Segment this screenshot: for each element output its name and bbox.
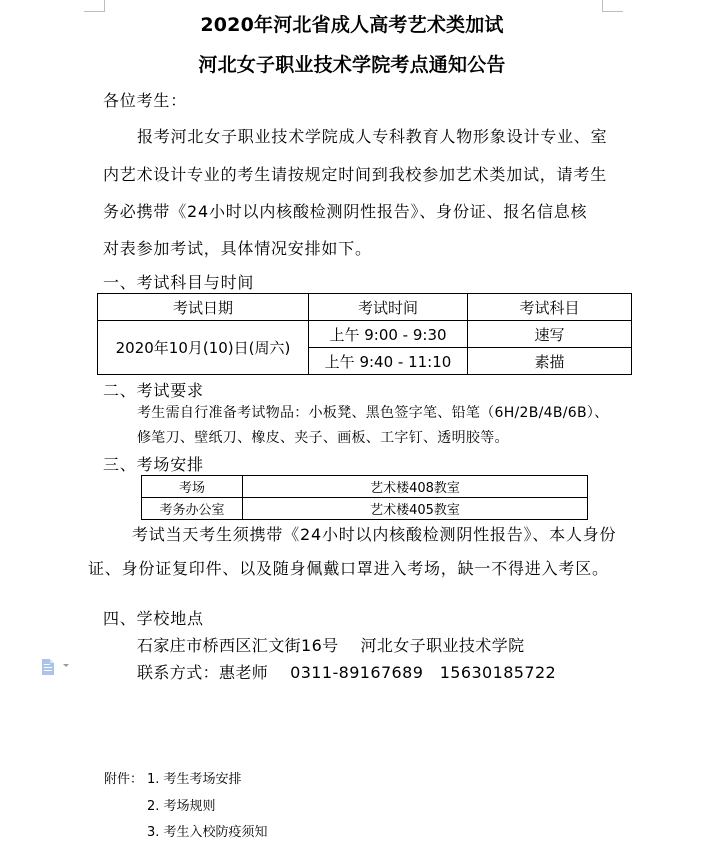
venue-label-cell: 考场 [142, 476, 243, 498]
requirements-line: 修笔刀、壁纸刀、橡皮、夹子、画板、工字钉、透明胶等。 [137, 427, 509, 447]
exam-date-cell: 2020年10月(10)日(周六) [98, 321, 309, 375]
notice-line: 证、身份证复印件、以及随身佩戴口罩进入考场，缺一不得进入考区。 [88, 556, 609, 579]
section-heading-school-location: 四、学校地点 [103, 606, 204, 629]
venue-value-cell: 艺术楼408教室 [243, 476, 588, 498]
exam-time-cell: 上午 9:40 - 11:10 [309, 348, 468, 375]
intro-line: 务必携带《24小时以内核酸检测阴性报告》、身份证、报名信息核 [103, 199, 587, 222]
intro-line: 对表参加考试，具体情况安排如下。 [103, 236, 372, 259]
venue-label-cell: 考务办公室 [142, 498, 243, 520]
exam-subject-cell: 速写 [468, 321, 632, 348]
document-paste-icon[interactable] [42, 659, 54, 675]
attachment-item: 1. 考生考场安排 [147, 768, 242, 787]
salutation: 各位考生： [103, 88, 187, 111]
intro-line: 报考河北女子职业技术学院成人专科教育人物形象设计专业、室 [137, 124, 607, 147]
attachments-label: 附件： [104, 768, 143, 787]
document-title-line1: 2020年河北省成人高考艺术类加试 [0, 10, 704, 37]
exam-time-cell: 上午 9:00 - 9:30 [309, 321, 468, 348]
dropdown-arrow-icon[interactable] [63, 664, 69, 667]
notice-line: 考试当天考生须携带《24小时以内核酸检测阴性报告》、本人身份 [132, 522, 616, 545]
requirements-line: 考生需自行准备考试物品：小板凳、黑色签字笔、铅笔（6H/2B/4B/6B）、 [137, 402, 609, 422]
header-cell: 考试科目 [468, 294, 632, 321]
table-row: 2020年10月(10)日(周六) 上午 9:00 - 9:30 速写 [98, 321, 632, 348]
venue-value-cell: 艺术楼405教室 [243, 498, 588, 520]
document-title-line2: 河北女子职业技术学院考点通知公告 [0, 50, 704, 77]
exam-venue-table: 考场 艺术楼408教室 考务办公室 艺术楼405教室 [141, 475, 588, 520]
table-header-row: 考试日期 考试时间 考试科目 [98, 294, 632, 321]
school-address: 石家庄市桥西区汇文街16号 河北女子职业技术学院 [137, 633, 525, 656]
attachment-item: 2. 考场规则 [147, 795, 216, 814]
section-heading-exam-schedule: 一、考试科目与时间 [103, 270, 254, 293]
exam-schedule-table: 考试日期 考试时间 考试科目 2020年10月(10)日(周六) 上午 9:00… [97, 293, 632, 375]
table-row: 考场 艺术楼408教室 [142, 476, 588, 498]
table-row: 考务办公室 艺术楼405教室 [142, 498, 588, 520]
exam-subject-cell: 素描 [468, 348, 632, 375]
contact-info: 联系方式：惠老师 0311-89167689 15630185722 [137, 660, 556, 683]
intro-line: 内艺术设计专业的考生请按规定时间到我校参加艺术类加试，请考生 [103, 162, 607, 185]
section-heading-exam-requirements: 二、考试要求 [103, 378, 204, 401]
header-cell: 考试日期 [98, 294, 309, 321]
header-cell: 考试时间 [309, 294, 468, 321]
attachment-item: 3. 考生入校防疫须知 [147, 821, 268, 840]
section-heading-exam-venue: 三、考场安排 [103, 452, 204, 475]
